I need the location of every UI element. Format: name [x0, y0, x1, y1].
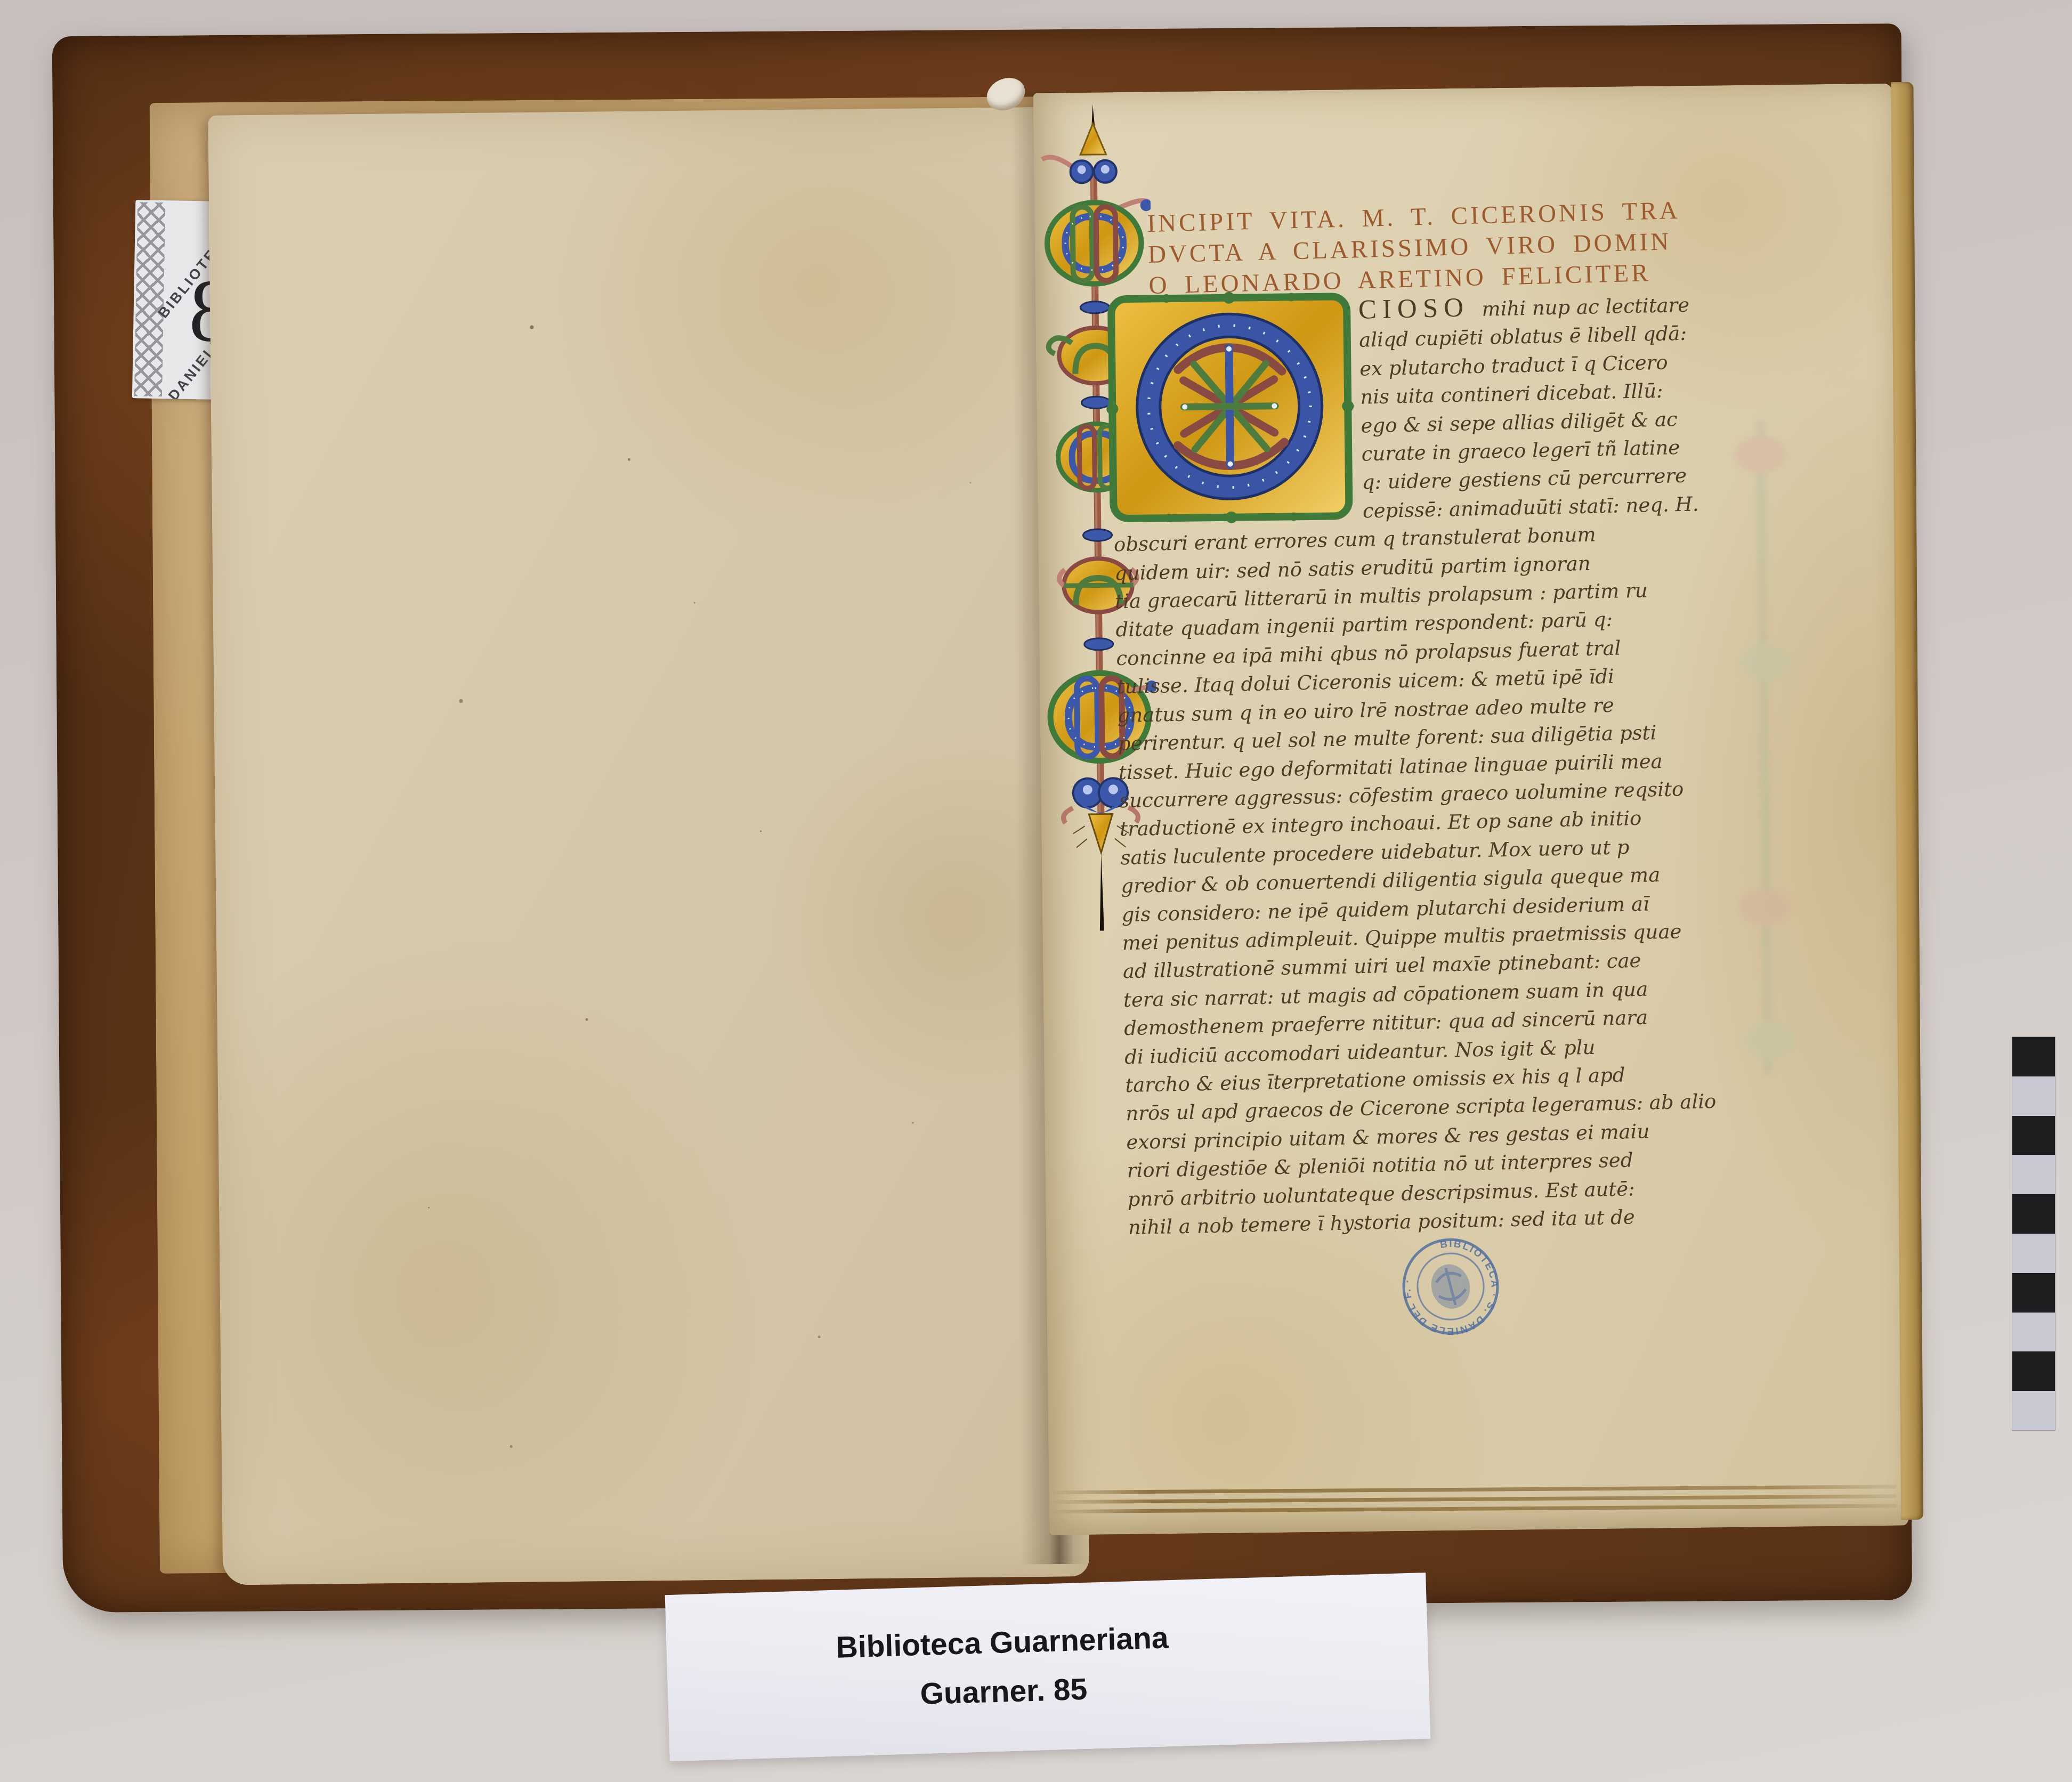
- scale-square: [2012, 1273, 2055, 1313]
- rubric-title: INCIPIT VITA. M. T. CICERONIS TRA DVCTA …: [1147, 192, 1804, 301]
- scale-square: [2012, 1351, 2055, 1391]
- flyspeck-stains: [530, 326, 533, 329]
- library-stamp: BIBLIOTECA · S. DANIELE DEL F. ·: [1385, 1221, 1517, 1352]
- manuscript-book: BIBLIOTECA S. DANIELE 8: [52, 23, 1924, 1622]
- incipit-capitals: CIOSO: [1358, 293, 1469, 325]
- scale-square: [2012, 1155, 2055, 1194]
- blank-flyleaf-page: [208, 107, 1089, 1585]
- scale-square: [2012, 1116, 2055, 1155]
- scale-square: [2012, 1037, 2055, 1076]
- scale-square: [2012, 1391, 2055, 1430]
- manuscript-text-block: CIOSO mihi nup ac lectitare aliqd cupiēt…: [1109, 287, 1811, 1242]
- text-page: INCIPIT VITA. M. T. CICERONIS TRA DVCTA …: [1033, 84, 1909, 1535]
- show-through-ghost: [1728, 419, 1806, 1075]
- scale-square: [2012, 1194, 2055, 1234]
- scale-square: [2012, 1076, 2055, 1116]
- calibration-scale: [2012, 1037, 2055, 1430]
- label-ornament-diamonds: [134, 202, 165, 396]
- scale-square: [2012, 1234, 2055, 1273]
- photo-backdrop: BIBLIOTECA S. DANIELE 8: [0, 0, 2072, 1782]
- caption-card: Biblioteca Guarneriana Guarner. 85: [665, 1573, 1431, 1761]
- scale-square: [2012, 1313, 2055, 1352]
